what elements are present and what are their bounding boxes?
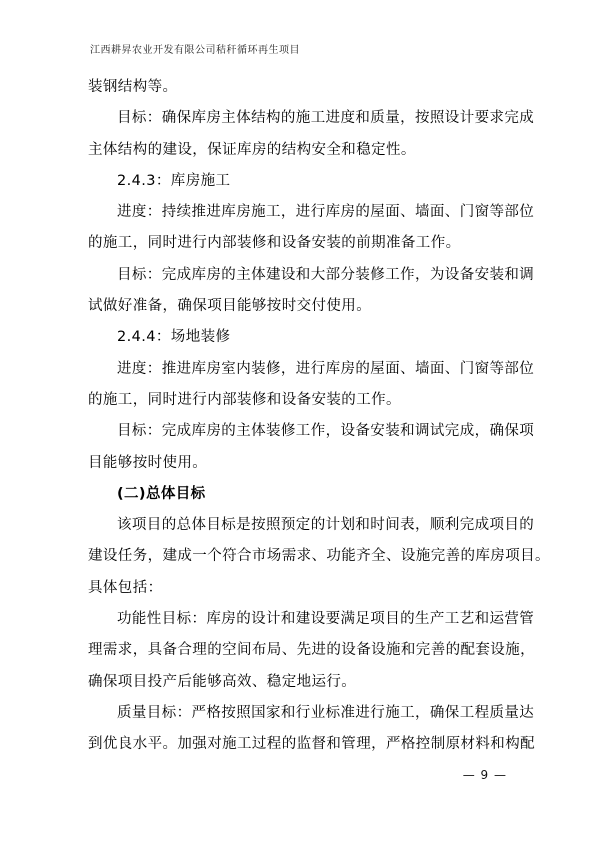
paragraph: 目标：完成库房的主体装修工作，设备安装和调试完成，确保项目能够按时使用。	[88, 416, 510, 479]
text-line: 目标：确保库房主体结构的施工进度和质量，按照设计要求完成	[88, 103, 510, 134]
text-line: 具体包括：	[88, 573, 510, 604]
text-line: 目能够按时使用。	[88, 448, 510, 479]
paragraph: 2.4.3：库房施工	[88, 166, 510, 197]
text-line: 装钢结构等。	[88, 72, 510, 103]
text-line: 的施工，同时进行内部装修和设备安装的前期准备工作。	[88, 228, 510, 259]
text-line: 的施工，同时进行内部装修和设备安装的工作。	[88, 385, 510, 416]
text-line: 2.4.3：库房施工	[88, 166, 510, 197]
paragraph: 目标：完成库房的主体建设和大部分装修工作，为设备安装和调试做好准备，确保项目能够…	[88, 260, 510, 323]
document-header-text: 江西耕昇农业开发有限公司秸秆循环再生项目	[90, 41, 300, 56]
paragraph: 功能性目标：库房的设计和建设要满足项目的生产工艺和运营管理需求，具备合理的空间布…	[88, 604, 510, 698]
paragraph: 进度：推进库房室内装修，进行库房的屋面、墙面、门窗等部位的施工，同时进行内部装修…	[88, 354, 510, 417]
text-line: 建设任务，建成一个符合市场需求、功能齐全、设施完善的库房项目。	[88, 541, 510, 572]
text-line: 质量目标：严格按照国家和行业标准进行施工，确保工程质量达	[88, 698, 510, 729]
text-line: 试做好准备，确保项目能够按时交付使用。	[88, 291, 510, 322]
text-line: 确保项目投产后能够高效、稳定地运行。	[88, 667, 510, 698]
paragraph: 装钢结构等。	[88, 72, 510, 103]
paragraph: 该项目的总体目标是按照预定的计划和时间表，顺利完成项目的建设任务，建成一个符合市…	[88, 510, 510, 604]
text-line: (二)总体目标	[88, 479, 510, 510]
document-page: 江西耕昇农业开发有限公司秸秆循环再生项目 装钢结构等。目标：确保库房主体结构的施…	[0, 0, 595, 841]
page-number: — 9 —	[463, 768, 507, 782]
paragraph: 2.4.4：场地装修	[88, 322, 510, 353]
text-line: 主体结构的建设，保证库房的结构安全和稳定性。	[88, 135, 510, 166]
text-line: 进度：推进库房室内装修，进行库房的屋面、墙面、门窗等部位	[88, 354, 510, 385]
section-heading: (二)总体目标	[88, 479, 510, 510]
text-line: 目标：完成库房的主体装修工作，设备安装和调试完成，确保项	[88, 416, 510, 447]
paragraph: 进度：持续推进库房施工，进行库房的屋面、墙面、门窗等部位的施工，同时进行内部装修…	[88, 197, 510, 260]
paragraph: 质量目标：严格按照国家和行业标准进行施工，确保工程质量达到优良水平。加强对施工过…	[88, 698, 510, 761]
document-body: 装钢结构等。目标：确保库房主体结构的施工进度和质量，按照设计要求完成主体结构的建…	[88, 72, 510, 761]
text-line: 进度：持续推进库房施工，进行库房的屋面、墙面、门窗等部位	[88, 197, 510, 228]
text-line: 功能性目标：库房的设计和建设要满足项目的生产工艺和运营管	[88, 604, 510, 635]
text-line: 2.4.4：场地装修	[88, 322, 510, 353]
text-line: 该项目的总体目标是按照预定的计划和时间表，顺利完成项目的	[88, 510, 510, 541]
text-line: 理需求，具备合理的空间布局、先进的设备设施和完善的配套设施，	[88, 635, 510, 666]
paragraph: 目标：确保库房主体结构的施工进度和质量，按照设计要求完成主体结构的建设，保证库房…	[88, 103, 510, 166]
text-line: 目标：完成库房的主体建设和大部分装修工作，为设备安装和调	[88, 260, 510, 291]
text-line: 到优良水平。加强对施工过程的监督和管理，严格控制原材料和构配	[88, 729, 510, 760]
